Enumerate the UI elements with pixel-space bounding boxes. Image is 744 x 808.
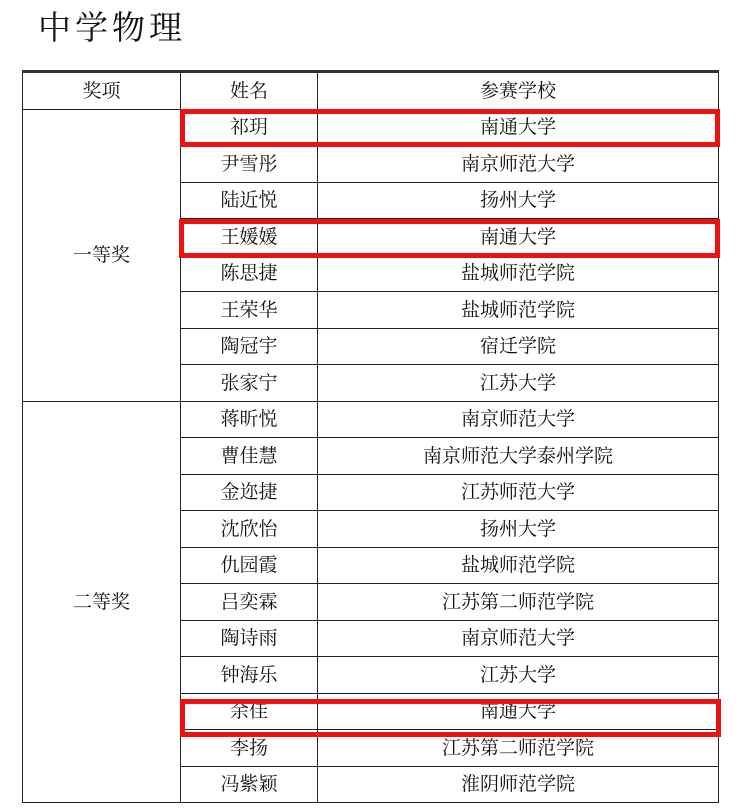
school-cell: 南京师范大学泰州学院 [318, 438, 719, 475]
school-cell: 淮阴师范学院 [318, 766, 719, 803]
award-second-prize: 二等奖 [23, 401, 181, 803]
name-cell: 王媛媛 [181, 219, 318, 256]
page-title: 中学物理 [38, 2, 186, 49]
school-cell: 宿迁学院 [318, 328, 719, 365]
name-cell: 祁玥 [181, 109, 318, 146]
school-cell: 盐城师范学院 [318, 255, 719, 292]
table-row: 一等奖 祁玥 南通大学 [23, 109, 719, 146]
school-cell: 南通大学 [318, 693, 719, 730]
school-cell: 南通大学 [318, 219, 719, 256]
name-cell: 曹佳慧 [181, 438, 318, 475]
name-cell: 钟海乐 [181, 657, 318, 694]
name-cell: 仇园霞 [181, 547, 318, 584]
header-school: 参赛学校 [318, 72, 719, 110]
name-cell: 李扬 [181, 730, 318, 767]
award-first-prize: 一等奖 [23, 109, 181, 401]
name-cell: 张家宁 [181, 365, 318, 402]
school-cell: 江苏第二师范学院 [318, 584, 719, 621]
name-cell: 金迩捷 [181, 474, 318, 511]
school-cell: 盐城师范学院 [318, 547, 719, 584]
name-cell: 蒋昕悦 [181, 401, 318, 438]
school-cell: 南京师范大学 [318, 146, 719, 183]
school-cell: 江苏第二师范学院 [318, 730, 719, 767]
table-header-row: 奖项 姓名 参赛学校 [23, 72, 719, 110]
name-cell: 陶冠宇 [181, 328, 318, 365]
school-cell: 南通大学 [318, 109, 719, 146]
header-award: 奖项 [23, 72, 181, 110]
name-cell: 陶诗雨 [181, 620, 318, 657]
award-table: 奖项 姓名 参赛学校 一等奖 祁玥 南通大学 尹雪彤 南京师范大学 陆近悦 扬州… [22, 70, 719, 803]
name-cell: 王荣华 [181, 292, 318, 329]
name-cell: 陈思捷 [181, 255, 318, 292]
school-cell: 江苏大学 [318, 657, 719, 694]
name-cell: 冯紫颖 [181, 766, 318, 803]
school-cell: 江苏师范大学 [318, 474, 719, 511]
table-row: 二等奖 蒋昕悦 南京师范大学 [23, 401, 719, 438]
school-cell: 扬州大学 [318, 511, 719, 548]
school-cell: 江苏大学 [318, 365, 719, 402]
name-cell: 吕奕霖 [181, 584, 318, 621]
header-name: 姓名 [181, 72, 318, 110]
school-cell: 南京师范大学 [318, 620, 719, 657]
name-cell: 余佳 [181, 693, 318, 730]
school-cell: 南京师范大学 [318, 401, 719, 438]
name-cell: 陆近悦 [181, 182, 318, 219]
school-cell: 盐城师范学院 [318, 292, 719, 329]
name-cell: 沈欣怡 [181, 511, 318, 548]
school-cell: 扬州大学 [318, 182, 719, 219]
name-cell: 尹雪彤 [181, 146, 318, 183]
